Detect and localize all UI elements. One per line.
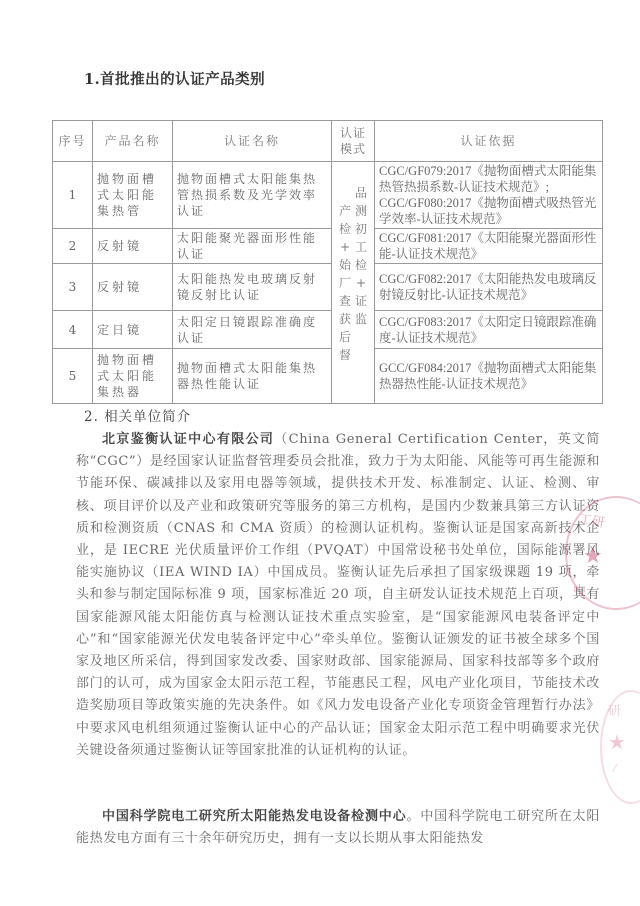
row-no: 5 <box>53 349 93 404</box>
row-no: 2 <box>53 229 93 264</box>
mode-right-column: 品 测 初 工 检 + 证 监 <box>355 184 367 364</box>
section2-title: 2. 相关单位简介 <box>84 405 191 425</box>
header-mode: 认证模式 <box>332 121 375 162</box>
row-basis: CGC/GF082:2017《太阳能热发电玻璃反射镜反射比-认证技术规范》 <box>375 264 603 311</box>
row-product: 抛物面槽式太阳能集热管 <box>93 162 173 229</box>
document-page: 1.首批推出的认证产品类别 序号 产品名称 认证名称 认证模式 认证依据 1 抛… <box>0 0 640 906</box>
star-icon: ★ <box>608 730 626 754</box>
row-no: 3 <box>53 264 93 311</box>
iee-intro-paragraph: 中国科学院电工研究所太阳能热发电设备检测中心。中国科学院电工研究所在太阳能热发电… <box>76 806 600 850</box>
table-row: 1 抛物面槽式太阳能集热管 抛物面槽式太阳能集热管热损系数及光学效率认证 产 检… <box>53 162 603 229</box>
row-basis: CGC/GF081:2017《太阳能聚光器面形性能-认证技术规范》 <box>375 229 603 264</box>
row-basis: CGC/GF083:2017《太阳定日镜跟踪准确度-认证技术规范》 <box>375 311 603 349</box>
row-cert-name: 太阳能热发电玻璃反射镜反射比认证 <box>173 264 332 311</box>
table-row: 4 定日镜 太阳定日镜跟踪准确度认证 CGC/GF083:2017《太阳定日镜跟… <box>53 311 603 349</box>
row-cert-name: 抛物面槽式太阳能集热管热损系数及光学效率认证 <box>173 162 332 229</box>
row-cert-name: 抛物面槽式太阳能集热器热性能认证 <box>173 349 332 404</box>
header-basis: 认证依据 <box>375 121 603 162</box>
row-basis: GCC/GF084:2017《抛物面槽式太阳能集热器热性能-认证技术规范》 <box>375 349 603 404</box>
cert-product-table: 序号 产品名称 认证名称 认证模式 认证依据 1 抛物面槽式太阳能集热管 抛物面… <box>52 120 603 404</box>
row-product: 抛物面槽式太阳能集热器 <box>93 349 173 404</box>
table-header-row: 序号 产品名称 认证名称 认证模式 认证依据 <box>53 121 603 162</box>
cgc-intro-paragraph: 北京鉴衡认证中心有限公司（China General Certification… <box>76 429 600 762</box>
cgc-name: 北京鉴衡认证中心有限公司 <box>102 432 274 447</box>
faded-seal-stamp: 研 ★ ⁄ <box>600 690 640 804</box>
header-product: 产品名称 <box>93 121 173 162</box>
row-cert-name: 太阳能聚光器面形性能认证 <box>173 229 332 264</box>
row-no: 1 <box>53 162 93 229</box>
table-row: 2 反射镜 太阳能聚光器面形性能认证 CGC/GF081:2017《太阳能聚光器… <box>53 229 603 264</box>
row-basis: CGC/GF079:2017《抛物面槽式太阳能集热管热损系数-认证技术规范》; … <box>375 162 603 229</box>
row-product: 定日镜 <box>93 311 173 349</box>
cgc-description: （China General Certification Center，英文简称… <box>76 432 600 758</box>
star-icon: ★ <box>583 544 603 569</box>
mode-left-column: 产 检 + 始 厂 查 获 后 督 <box>339 202 351 364</box>
row-product: 反射镜 <box>93 264 173 311</box>
section1-title: 1.首批推出的认证产品类别 <box>84 68 265 89</box>
row-no: 4 <box>53 311 93 349</box>
cert-mode-cell: 产 检 + 始 厂 查 获 后 督 品 测 初 工 <box>332 162 375 404</box>
row-product: 反射镜 <box>93 229 173 264</box>
header-cert-name: 认证名称 <box>173 121 332 162</box>
table-row: 3 反射镜 太阳能热发电玻璃反射镜反射比认证 CGC/GF082:2017《太阳… <box>53 264 603 311</box>
header-no: 序号 <box>53 121 93 162</box>
row-cert-name: 太阳定日镜跟踪准确度认证 <box>173 311 332 349</box>
table-row: 5 抛物面槽式太阳能集热器 抛物面槽式太阳能集热器热性能认证 GCC/GF084… <box>53 349 603 404</box>
iee-name: 中国科学院电工研究所太阳能热发电设备检测中心 <box>102 809 406 824</box>
